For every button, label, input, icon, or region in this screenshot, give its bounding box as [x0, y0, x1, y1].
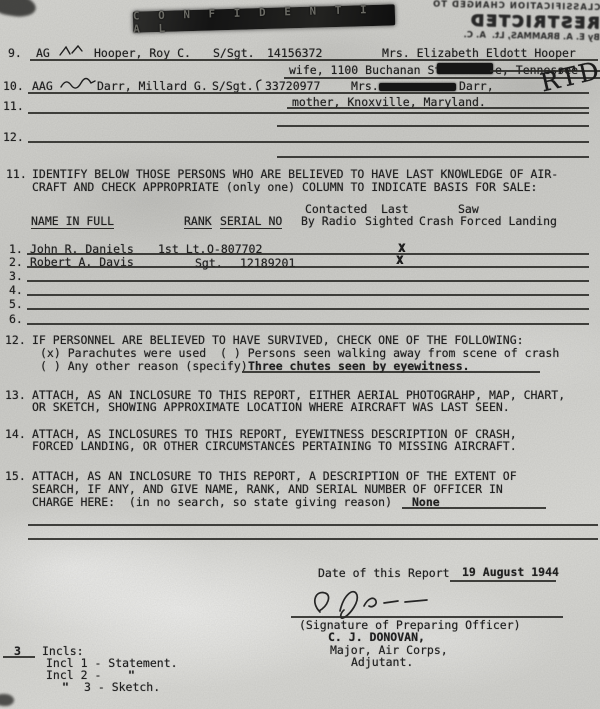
handwritten-squiggle-mark [60, 77, 96, 91]
stamp-overprint-blot [437, 63, 493, 74]
form-rule-line [27, 266, 589, 268]
date-label: Date of this Report [318, 567, 450, 579]
item13-text-line2: OR SKETCH, SHOWING APPROXIMATE LOCATION … [32, 401, 510, 413]
ink-smudge [0, 0, 37, 19]
crew-row-number: 9. [8, 47, 22, 59]
witness-row-number: 4. [9, 284, 23, 296]
crew-name: Hooper, Roy C. [94, 47, 191, 59]
column-header-forced-landing: Forced Landing [460, 215, 557, 227]
form-rule-line [30, 59, 598, 61]
form-rule-line [28, 141, 589, 143]
handwritten-check-mark [58, 44, 88, 58]
ink-smudge [0, 694, 14, 706]
column-header-crash: Crash [419, 215, 454, 227]
crew-serial: 33720977 [265, 80, 320, 92]
struck-out-name-blot [379, 83, 456, 91]
handwritten-tick-mark [254, 78, 263, 91]
item15-text-line1: ATTACH, AS AN INCLOSURE TO THIS REPORT, … [32, 470, 517, 482]
section-divider-line [28, 538, 598, 540]
signature-scrawl [306, 586, 456, 620]
confidential-stamp-text: C O N F I D E N T I A L [133, 2, 396, 35]
crew-name: Darr, Millard G. [97, 80, 208, 92]
answer-underline [402, 507, 546, 509]
date-underline [450, 580, 556, 582]
section-divider-line [28, 524, 598, 526]
form-rule-line [28, 112, 589, 114]
form-rule-line [277, 125, 589, 127]
column-header-by-radio: By Radio [301, 215, 356, 227]
crew-duty: AAG [32, 80, 53, 92]
item12-checkboxes-line: (x) Parachutes were used ( ) Persons see… [40, 347, 559, 359]
column-header-name: NAME IN FULL [31, 215, 114, 229]
witness-row-number: 2. [9, 256, 23, 268]
next-of-kin-suffix: Darr, [459, 80, 494, 92]
column-header-rank: RANK [184, 215, 212, 229]
item-number: 13. [5, 389, 26, 401]
item-number: 12. [5, 334, 26, 346]
preparing-officer-name: C. J. DONOVAN, [328, 631, 425, 643]
inclosure-count-underline [3, 656, 35, 658]
form-rule-line [277, 156, 589, 158]
item12-other-reason-label: ( ) Any other reason (specify) [40, 360, 248, 372]
item15-text-line3: CHARGE HERE: (in no search, so state giv… [32, 496, 392, 508]
crew-serial: 14156372 [267, 47, 322, 59]
item-number: 11. [6, 168, 27, 180]
crew-rank: S/Sgt. [212, 80, 254, 92]
item12-text-line1: IF PERSONNEL ARE BELIEVED TO HAVE SURVIV… [32, 334, 524, 346]
witness-row-number: 3. [9, 270, 23, 282]
last-sighted-check-mark: X [396, 254, 403, 266]
handwritten-rtd-note: RTD [538, 55, 600, 97]
crew-duty: AG [36, 47, 50, 59]
column-header-serial: SERIAL NO [220, 215, 282, 229]
preparing-officer-title: Adjutant. [351, 656, 413, 668]
item11-text-line1: IDENTIFY BELOW THOSE PERSONS WHO ARE BEL… [32, 168, 558, 180]
witness-row-number: 5. [9, 298, 23, 310]
next-of-kin-prefix: Mrs. [351, 80, 379, 92]
form-rule-line [287, 107, 589, 109]
next-of-kin-address: wife, 1100 Buchanan St [289, 64, 441, 76]
form-rule-line [27, 308, 589, 310]
form-rule-line [27, 280, 589, 282]
form-rule-line [28, 92, 589, 94]
crew-rank: S/Sgt. [213, 47, 255, 59]
form-rule-line [27, 323, 589, 325]
crew-next-of-kin: Mrs. Elizabeth Eldott Hooper [382, 47, 576, 59]
item15-text-line2: SEARCH, IF ANY, AND GIVE NAME, RANK, AND… [32, 483, 503, 495]
item11-text-line2: CRAFT AND CHECK APPROPRIATE (only one) C… [32, 181, 537, 193]
crew-row-number: 12. [3, 131, 24, 143]
date-value: 19 August 1944 [462, 566, 559, 578]
item14-text-line2: FORCED LANDING, OR OTHER CIRCUMSTANCES P… [32, 440, 517, 452]
form-rule-line [27, 294, 589, 296]
witness-row-number: 1. [9, 243, 23, 255]
answer-underline [242, 371, 540, 373]
crew-row-number: 10. [3, 80, 24, 92]
confidential-stamp: C O N F I D E N T I A L [133, 4, 395, 32]
macr-report-page: C O N F I D E N T I A L CLASSIFICATION C… [0, 0, 600, 709]
inclosure-3: 3 - Sketch. [84, 681, 160, 693]
witness-row-number: 6. [9, 313, 23, 325]
ditto-mark: " [62, 681, 69, 693]
item-number: 15. [5, 470, 26, 482]
column-header-sighted: Sighted [365, 215, 413, 227]
crew-row-number: 11. [3, 100, 24, 112]
item-number: 14. [5, 428, 26, 440]
